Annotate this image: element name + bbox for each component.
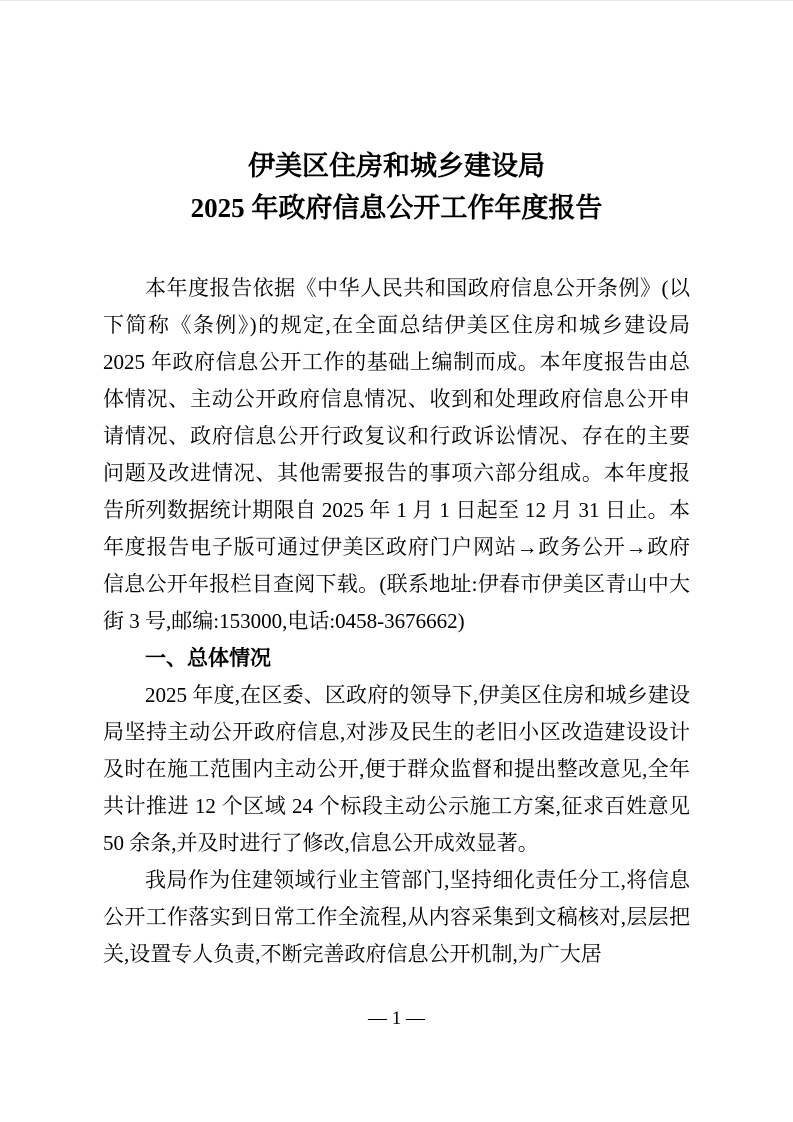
document-page: 伊美区住房和城乡建设局 2025 年政府信息公开工作年度报告 本年度报告依据《中… — [0, 0, 793, 1122]
document-content: 伊美区住房和城乡建设局 2025 年政府信息公开工作年度报告 本年度报告依据《中… — [103, 1, 690, 973]
page-number: — 1 — — [0, 1004, 793, 1034]
document-body: 本年度报告依据《中华人民共和国政府信息公开条例》(以下简称《条例》)的规定,在全… — [103, 270, 690, 973]
document-title: 伊美区住房和城乡建设局 2025 年政府信息公开工作年度报告 — [103, 145, 690, 229]
overview-paragraph-2: 我局作为住建领域行业主管部门,坚持细化责任分工,将信息公开工作落实到日常工作全流… — [103, 862, 690, 973]
intro-paragraph: 本年度报告依据《中华人民共和国政府信息公开条例》(以下简称《条例》)的规定,在全… — [103, 270, 690, 640]
title-line-1: 伊美区住房和城乡建设局 — [103, 145, 690, 187]
title-line-2: 2025 年政府信息公开工作年度报告 — [103, 187, 690, 229]
overview-paragraph-1: 2025 年度,在区委、区政府的领导下,伊美区住房和城乡建设局坚持主动公开政府信… — [103, 677, 690, 862]
section-heading-overview: 一、总体情况 — [103, 640, 690, 677]
